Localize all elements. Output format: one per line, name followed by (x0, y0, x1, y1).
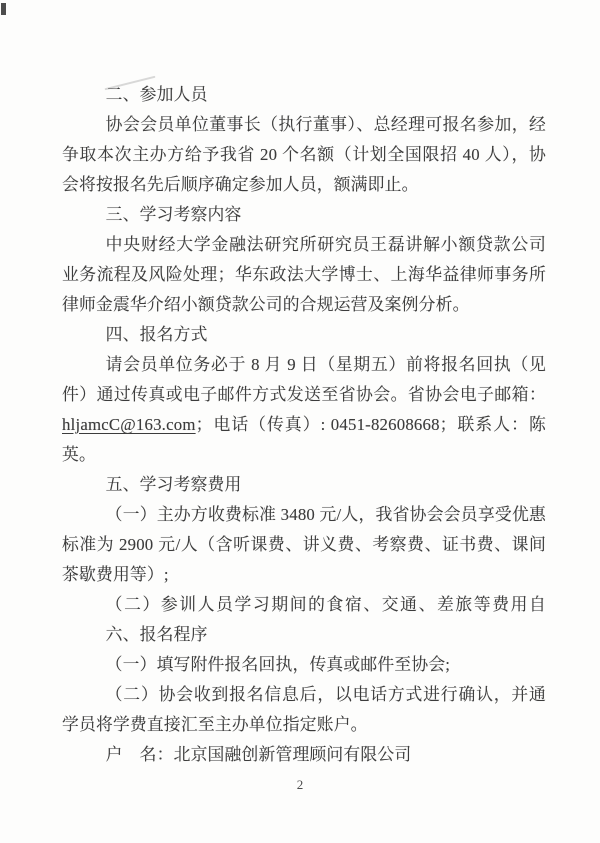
text-run: 六、报名程序 (106, 625, 208, 644)
text-run: 标准为 2900 元/人（含听课费、讲义费、考察费、证书费、课间 (62, 535, 546, 554)
text-line: 争取本次主办方给予我省 20 个名额（计划全国限招 40 人），协 (62, 140, 546, 170)
text-line: （二）参训人员学习期间的食宿、交通、差旅等费用自理。 (62, 590, 546, 620)
section-heading: 三、学习考察内容 (62, 200, 546, 230)
document-body: 二、参加人员协会会员单位董事长（执行董事）、总经理可报名参加，经争取本次主办方给… (62, 80, 546, 770)
text-run: 茶歇费用等）; (62, 565, 169, 584)
text-line: 英。 (62, 440, 546, 470)
section-heading: 五、学习考察费用 (62, 470, 546, 500)
text-line: 茶歇费用等）; (62, 560, 546, 590)
text-run: 英。 (62, 445, 96, 464)
section-heading: 六、报名程序 (62, 620, 546, 650)
text-line: 学员将学费直接汇至主办单位指定账户。 (62, 710, 546, 740)
text-line: 业务流程及风险处理；华东政法大学博士、上海华益律师事务所 (62, 260, 546, 290)
text-run: 件）通过传真或电子邮件方式发送至省协会。省协会电子邮箱： (62, 385, 546, 404)
text-line: 中央财经大学金融法研究所研究员王磊讲解小额贷款公司 (62, 230, 546, 260)
text-run: 学员将学费直接汇至主办单位指定账户。 (62, 715, 368, 734)
text-run: （一）主办方收费标准 3480 元/人，我省协会会员享受优惠 (106, 505, 546, 524)
text-line: 律师金震华介绍小额贷款公司的合规运营及案例分析。 (62, 290, 546, 320)
text-line: 协会会员单位董事长（执行董事）、总经理可报名参加，经 (62, 110, 546, 140)
text-run: 争取本次主办方给予我省 20 个名额（计划全国限招 40 人），协 (62, 145, 546, 164)
text-line: 请会员单位务必于 8 月 9 日（星期五）前将报名回执（见附 (62, 350, 546, 380)
text-run: 五、学习考察费用 (106, 475, 242, 494)
text-line: 会将按报名先后顺序确定参加人员，额满即止。 (62, 170, 546, 200)
text-line: hljamcC@163.com；电话（传真）: 0451-82608668；联系… (62, 410, 546, 440)
text-run: 业务流程及风险处理；华东政法大学博士、上海华益律师事务所 (62, 265, 546, 284)
text-line: 标准为 2900 元/人（含听课费、讲义费、考察费、证书费、课间 (62, 530, 546, 560)
text-line: （一）主办方收费标准 3480 元/人，我省协会会员享受优惠 (62, 500, 546, 530)
text-line: 户 名：北京国融创新管理顾问有限公司 (62, 740, 546, 770)
text-run: （一）填写附件报名回执，传真或邮件至协会; (106, 655, 451, 674)
email-address: hljamcC@163.com (62, 415, 196, 434)
page-number: 2 (0, 777, 600, 793)
text-run: 二、参加人员 (106, 85, 208, 104)
section-heading: 二、参加人员 (62, 80, 546, 110)
text-run: 协会会员单位董事长（执行董事）、总经理可报名参加，经 (106, 115, 546, 134)
text-run: 律师金震华介绍小额贷款公司的合规运营及案例分析。 (62, 295, 470, 314)
text-run: （二）协会收到报名信息后，以电话方式进行确认，并通知 (62, 685, 546, 710)
text-run: 会将按报名先后顺序确定参加人员，额满即止。 (62, 175, 419, 194)
text-run: 四、报名方式 (106, 325, 208, 344)
text-line: （二）协会收到报名信息后，以电话方式进行确认，并通知 (62, 680, 546, 710)
scanned-document-page: 二、参加人员协会会员单位董事长（执行董事）、总经理可报名参加，经争取本次主办方给… (0, 0, 600, 843)
text-run: 户 名：北京国融创新管理顾问有限公司 (106, 745, 412, 764)
text-run: 中央财经大学金融法研究所研究员王磊讲解小额贷款公司 (106, 235, 546, 254)
text-run: 三、学习考察内容 (106, 205, 242, 224)
text-run: （二）参训人员学习期间的食宿、交通、差旅等费用自理。 (62, 595, 546, 620)
section-heading: 四、报名方式 (62, 320, 546, 350)
text-line: （一）填写附件报名回执，传真或邮件至协会; (62, 650, 546, 680)
scan-corner-artifact (1, 3, 6, 15)
text-line: 件）通过传真或电子邮件方式发送至省协会。省协会电子邮箱： (62, 380, 546, 410)
text-run: 请会员单位务必于 8 月 9 日（星期五）前将报名回执（见附 (62, 355, 546, 380)
